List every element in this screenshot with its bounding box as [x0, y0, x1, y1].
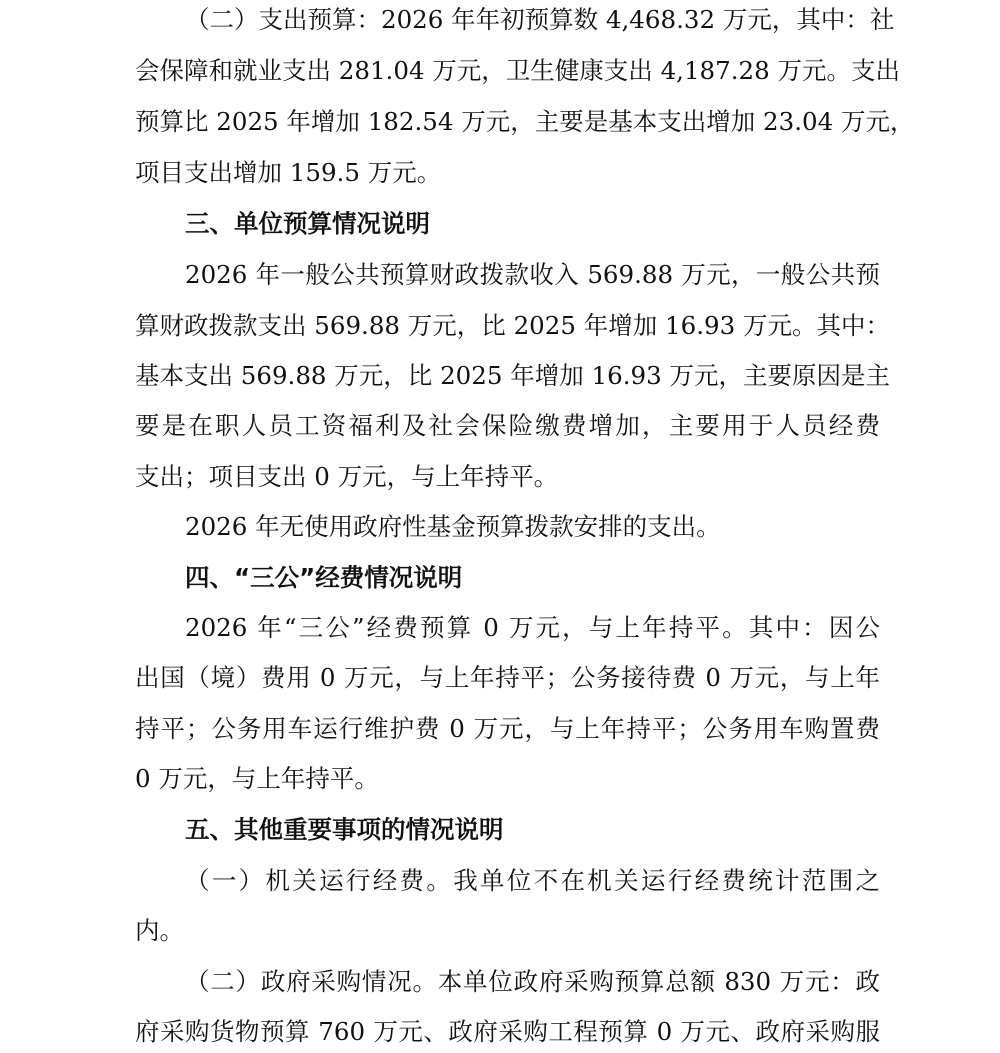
section-heading: 四、“三公”经费情况说明: [185, 563, 462, 593]
paragraph-line: （二）支出预算：2026 年年初预算数 4,468.32 万元，其中：社: [185, 5, 880, 35]
paragraph-line: 项目支出增加 159.5 万元。: [135, 158, 880, 188]
paragraph-line: 要是在职人员工资福利及社会保险缴费增加，主要用于人员经费: [135, 411, 880, 441]
paragraph-line: 2026 年无使用政府性基金预算拨款安排的支出。: [185, 512, 880, 542]
paragraph-line: （二）政府采购情况。本单位政府采购预算总额 830 万元：政: [185, 967, 880, 997]
paragraph-line: （一）机关运行经费。我单位不在机关运行经费统计范围之: [185, 866, 880, 896]
paragraph-line: 算财政拨款支出 569.88 万元，比 2025 年增加 16.93 万元。其中…: [135, 311, 880, 341]
paragraph-line: 出国（境）费用 0 万元，与上年持平；公务接待费 0 万元，与上年: [135, 663, 880, 693]
paragraph-line: 0 万元，与上年持平。: [135, 764, 880, 794]
paragraph-line: 府采购货物预算 760 万元、政府采购工程预算 0 万元、政府采购服: [135, 1017, 880, 1047]
document-page: （二）支出预算：2026 年年初预算数 4,468.32 万元，其中：社 会保障…: [0, 0, 1000, 1053]
paragraph-line: 内。: [135, 916, 880, 946]
paragraph-line: 预算比 2025 年增加 182.54 万元，主要是基本支出增加 23.04 万…: [135, 107, 880, 137]
paragraph-line: 会保障和就业支出 281.04 万元，卫生健康支出 4,187.28 万元。支出: [135, 56, 880, 86]
section-heading: 三、单位预算情况说明: [185, 209, 430, 239]
paragraph-line: 2026 年“三公”经费预算 0 万元，与上年持平。其中：因公: [185, 613, 880, 643]
paragraph-line: 基本支出 569.88 万元，比 2025 年增加 16.93 万元，主要原因是…: [135, 361, 880, 391]
paragraph-line: 支出；项目支出 0 万元，与上年持平。: [135, 462, 880, 492]
paragraph-line: 2026 年一般公共预算财政拨款收入 569.88 万元，一般公共预: [185, 260, 880, 290]
section-heading: 五、其他重要事项的情况说明: [185, 815, 504, 845]
paragraph-line: 持平；公务用车运行维护费 0 万元，与上年持平；公务用车购置费: [135, 714, 880, 744]
